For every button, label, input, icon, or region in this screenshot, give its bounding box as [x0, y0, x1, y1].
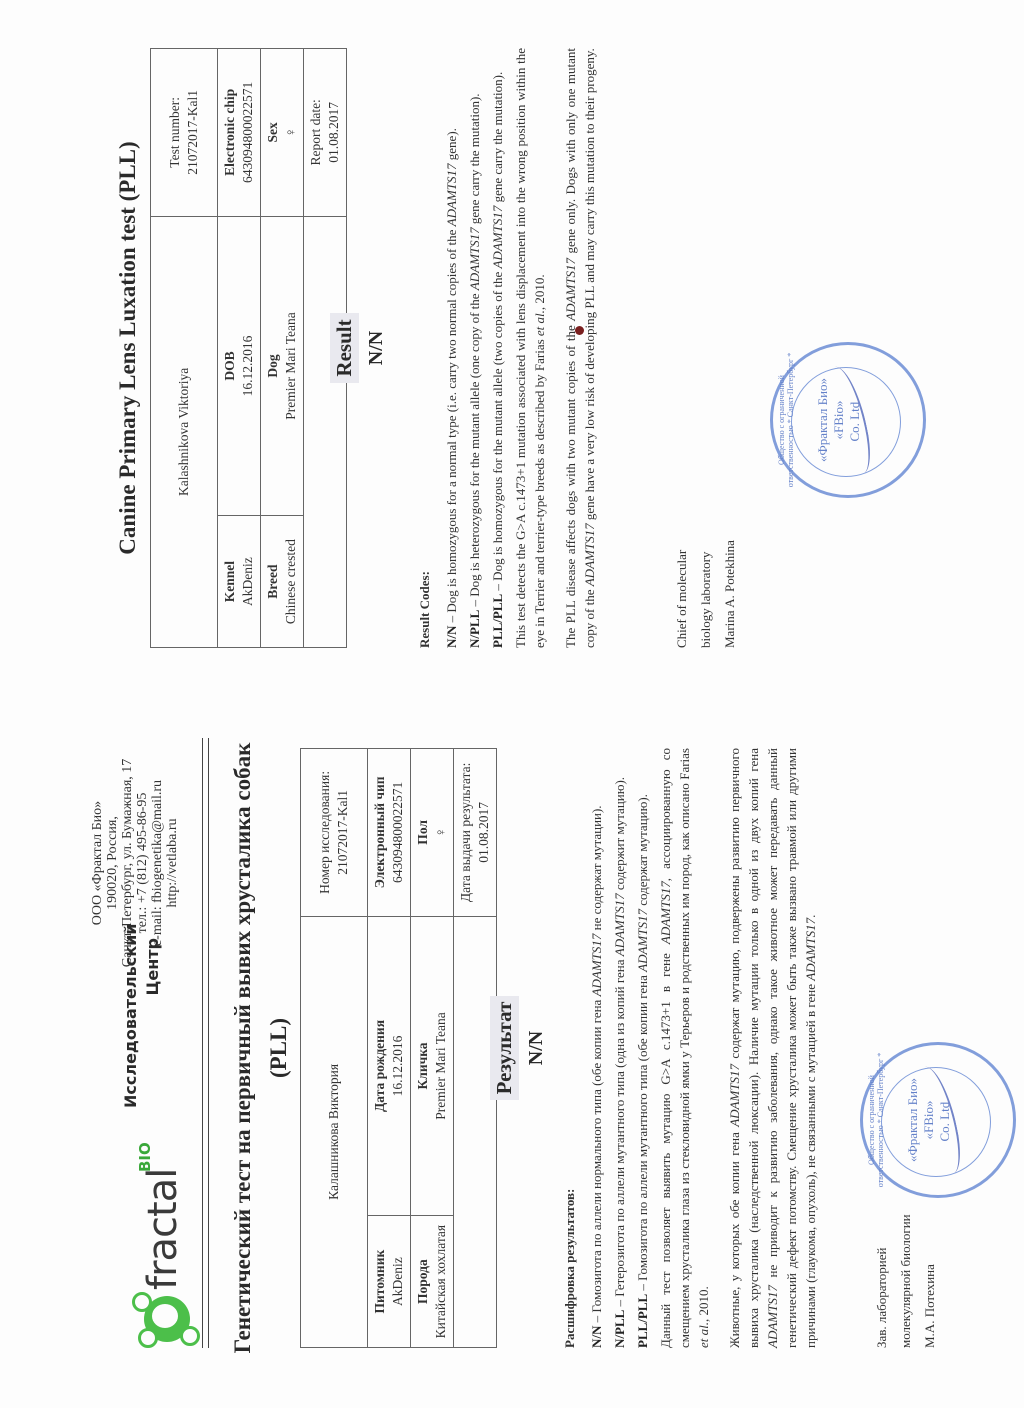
- result-codes: Расшифровка результатов: N/N – Гомозигот…: [560, 748, 824, 1348]
- test-description: Данный тест позволяет выявить мутацию G>…: [656, 748, 713, 1348]
- website-line: http://vetlaba.ru: [165, 738, 180, 988]
- result-section: Result N/N: [330, 28, 388, 668]
- code-item: N/PLL – Гетерозигота по аллели мутантног…: [610, 748, 629, 1348]
- code-description: – Гомозигота по аллели мутантного типа (…: [635, 794, 650, 1294]
- code-item: N/PLL – Dog is heterozygous for the muta…: [465, 48, 484, 648]
- document-title: Генетический тест на первичный вывих хру…: [225, 728, 297, 1368]
- dob-label: DOB: [221, 221, 239, 512]
- test-number-cell: Test number: 21072017-Kal1: [151, 49, 218, 217]
- code-description: – Гетерозигота по аллели мутантного типа…: [612, 777, 627, 1310]
- sex-cell: Пол ♀: [411, 749, 454, 917]
- result-codes: Result Codes: N/N – Dog is homozygous fo…: [415, 48, 603, 648]
- signatory-title: молекулярной биологии: [894, 1214, 918, 1348]
- test-number-value: 21072017-Kal1: [335, 790, 350, 875]
- logo-node-icon: [180, 1326, 200, 1346]
- report-date-label: Дата выдачи результата:: [457, 753, 475, 912]
- dog-name-label: Кличка: [414, 921, 432, 1212]
- code-item: PLL/PLL – Гомозигота по аллели мутантног…: [633, 748, 652, 1348]
- dog-info-table: Kalashnikova Viktoriya Test number: 2107…: [150, 48, 347, 648]
- code-description: – Dog is homozygous for the mutant allel…: [490, 72, 505, 594]
- kennel-value: AkDeniz: [240, 557, 255, 606]
- result-label: Result: [330, 313, 359, 382]
- chip-cell: Электронный чип 643094800022571: [368, 749, 411, 917]
- logo-text: fractal: [140, 1169, 186, 1290]
- signatory-name: Marina A. Potekhina: [718, 540, 742, 648]
- sex-label: Пол: [414, 753, 432, 912]
- company-seal-stamp: Общество с ограниченной ответственностью…: [770, 342, 926, 498]
- code-description: – Гомозигота по аллели нормального типа …: [589, 805, 604, 1325]
- dog-name-label: Dog: [264, 221, 282, 512]
- address-line: Санкт-Петербург, ул. Бумажная, 17: [120, 738, 135, 988]
- result-label: Результат: [490, 996, 519, 1101]
- signatory-name: М.А. Потехина: [918, 1214, 942, 1348]
- address-line: 190020, Россия,: [105, 738, 120, 988]
- breed-value: Китайская хохлатая: [433, 1225, 448, 1338]
- signatory: Chief of molecular biology laboratory Ma…: [670, 540, 742, 648]
- breed-value: Chinese crested: [283, 539, 298, 624]
- code-item: N/N – Dog is homozygous for a normal typ…: [442, 48, 461, 648]
- company-seal-stamp: Общество с ограниченной ответственностью…: [860, 1042, 1016, 1198]
- logo-node-icon: [132, 1292, 152, 1312]
- dob-value: 16.12.2016: [240, 336, 255, 397]
- chip-value: 643094800022571: [390, 782, 405, 883]
- chip-label: Электронный чип: [371, 753, 389, 912]
- report-date-label: Report date:: [307, 53, 325, 212]
- russian-certificate: fractal BIO Исследовательский Центр ООО …: [0, 728, 1024, 1368]
- signatory: Зав. лабораторией молекулярной биологии …: [870, 1214, 942, 1348]
- female-icon: ♀: [433, 827, 448, 837]
- breed-cell: Breed Chinese crested: [261, 516, 304, 648]
- code-label: N/N: [444, 626, 459, 648]
- logo-node-icon: [138, 1328, 158, 1348]
- letterhead: fractal BIO Исследовательский Центр ООО …: [90, 738, 220, 1358]
- chip-label: Electronic chip: [221, 53, 239, 212]
- phone-line: тел.: +7 (812) 495-86-95: [135, 738, 150, 988]
- signatory-title: Chief of molecular: [670, 540, 694, 648]
- owner-name: Kalashnikova Viktoriya: [151, 216, 218, 647]
- female-icon: ♀: [283, 127, 298, 137]
- signatory-title: Зав. лабораторией: [870, 1214, 894, 1348]
- sex-label: Sex: [264, 53, 282, 212]
- test-number-value: 21072017-Kal1: [185, 90, 200, 175]
- result-codes-heading: Result Codes:: [415, 48, 434, 648]
- address-line: ООО «Фрактал Био»: [90, 738, 105, 988]
- dob-value: 16.12.2016: [390, 1036, 405, 1097]
- code-item: PLL/PLL – Dog is homozygous for the muta…: [488, 48, 507, 648]
- breed-label: Breed: [264, 520, 282, 643]
- dog-info-table: Калашникова Виктория Номер исследования:…: [300, 748, 497, 1348]
- test-number-cell: Номер исследования: 21072017-Kal1: [301, 749, 368, 917]
- test-number-label: Номер исследования:: [316, 753, 334, 912]
- dog-name-value: Premier Mari Teana: [283, 312, 298, 420]
- dog-name-cell: Dog Premier Mari Teana: [261, 216, 304, 516]
- stamp-ring-text: Общество с ограниченной ответственностью…: [867, 1045, 885, 1195]
- fractal-bio-logo: fractal BIO: [130, 1118, 200, 1348]
- code-description: – Dog is heterozygous for the mutant all…: [467, 93, 482, 609]
- signatory-title: biology laboratory: [694, 540, 718, 648]
- result-value: N/N: [365, 28, 388, 668]
- chip-cell: Electronic chip 643094800022571: [218, 49, 261, 217]
- dob-cell: DOB 16.12.2016: [218, 216, 261, 516]
- dob-label: Дата рождения: [371, 921, 389, 1212]
- dob-cell: Дата рождения 16.12.2016: [368, 916, 411, 1216]
- code-label: N/PLL: [467, 610, 482, 648]
- result-codes-heading: Расшифровка результатов:: [560, 748, 579, 1348]
- code-label: PLL/PLL: [635, 1294, 650, 1348]
- report-date-value: 01.08.2017: [476, 802, 491, 863]
- code-label: PLL/PLL: [490, 594, 505, 648]
- header-divider: [208, 738, 209, 1348]
- test-number-label: Test number:: [166, 53, 184, 212]
- dog-name-cell: Кличка Premier Mari Teana: [411, 916, 454, 1216]
- stamp-ring-text: Общество с ограниченной ответственностью…: [777, 345, 795, 495]
- header-divider: [202, 738, 203, 1348]
- test-description: This test detects the G>A c.1473+1 mutat…: [511, 48, 549, 648]
- disease-description: Животные, у которых обе копии гена ADAMT…: [725, 748, 820, 1348]
- result-value: N/N: [525, 728, 548, 1368]
- code-description: – Dog is homozygous for a normal type (i…: [444, 128, 459, 626]
- english-certificate: Canine Primary Lens Luxation test (PLL) …: [0, 28, 1024, 668]
- scanned-certificate-page: fractal BIO Исследовательский Центр ООО …: [0, 0, 1024, 1408]
- email-line: e-mail: fbiogenetika@mail.ru: [150, 738, 165, 988]
- breed-cell: Порода Китайская хохлатая: [411, 1216, 454, 1348]
- result-section: Результат N/N: [490, 728, 548, 1368]
- dog-name-value: Premier Mari Teana: [433, 1012, 448, 1120]
- kennel-label: Kennel: [221, 520, 239, 643]
- code-item: N/N – Гомозигота по аллели нормального т…: [587, 748, 606, 1348]
- chip-value: 643094800022571: [240, 82, 255, 183]
- kennel-cell: Питомник AkDeniz: [368, 1216, 411, 1348]
- code-label: N/PLL: [612, 1310, 627, 1348]
- logo-superscript: BIO: [136, 1142, 154, 1172]
- disease-description: The PLL disease affects dogs with two mu…: [561, 48, 599, 648]
- kennel-label: Питомник: [371, 1220, 389, 1343]
- sex-cell: Sex ♀: [261, 49, 304, 217]
- breed-label: Порода: [414, 1220, 432, 1343]
- kennel-cell: Kennel AkDeniz: [218, 516, 261, 648]
- owner-name: Калашникова Виктория: [301, 916, 368, 1347]
- kennel-value: AkDeniz: [390, 1257, 405, 1306]
- document-title: Canine Primary Lens Luxation test (PLL): [110, 28, 146, 668]
- code-label: N/N: [589, 1326, 604, 1348]
- company-address: ООО «Фрактал Био» 190020, Россия, Санкт-…: [90, 738, 180, 988]
- ink-blot: [575, 326, 584, 335]
